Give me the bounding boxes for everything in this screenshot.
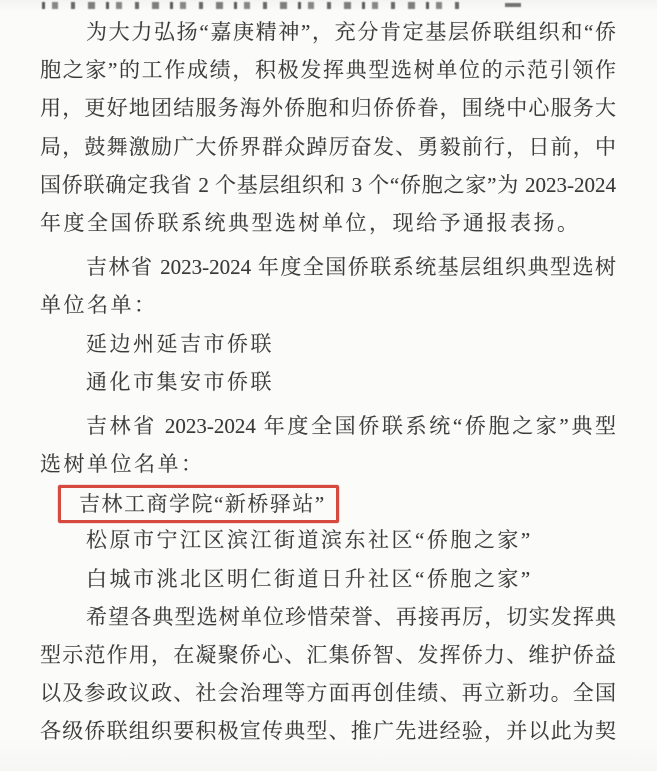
paragraph-line: 希望各典型选树单位珍惜荣誉、再接再厉，切实发挥典 — [40, 598, 616, 636]
highlighted-unit-text: 吉林工商学院“新桥驿站” — [79, 492, 326, 516]
paragraph-line: 型示范作用，在凝聚侨心、汇集侨智、发挥侨力、维护侨益 — [40, 636, 616, 674]
paragraph-line: 胞之家”的工作成绩，积极发挥典型选树单位的示范引领作 — [40, 51, 616, 89]
paragraph-line: 年度全国侨联系统典型选树单位，现给予通报表扬。 — [40, 204, 616, 242]
section-heading-line: 吉林省 2023-2024 年度全国侨联系统“侨胞之家”典型 — [40, 407, 616, 445]
paragraph-line: 为大力弘扬“嘉庚精神”，充分肯定基层侨联组织和“侨 — [40, 13, 616, 51]
section-heading-line: 选树单位名单： — [40, 445, 616, 483]
paragraph-line: 国侨联确定我省 2 个基层组织和 3 个“侨胞之家”为 2023-2024 — [40, 166, 616, 204]
paragraph-line: 各级侨联组织要积极宣传典型、推广先进经验，并以此为契 — [40, 712, 616, 750]
scanned-document-page: 为大力弘扬“嘉庚精神”，充分肯定基层侨联组织和“侨 胞之家”的工作成绩，积极发挥… — [0, 0, 657, 771]
paragraph-line: 以及参政议政、社会治理等方面再创佳绩、再立新功。全国 — [40, 674, 616, 712]
section-heading-line: 吉林省 2023-2024 年度全国侨联系统基层组织典型选树 — [40, 248, 616, 286]
section-heading-line: 单位名单： — [40, 286, 616, 324]
highlighted-unit-line: 吉林工商学院“新桥驿站” — [40, 483, 616, 521]
list-item-line: 白城市洮北区明仁街道日升社区“侨胞之家” — [40, 560, 616, 598]
highlight-box: 吉林工商学院“新桥驿站” — [58, 485, 339, 523]
list-item-line: 通化市集安市侨联 — [40, 363, 616, 401]
document-body: 为大力弘扬“嘉庚精神”，充分肯定基层侨联组织和“侨 胞之家”的工作成绩，积极发挥… — [0, 0, 657, 751]
list-item-line: 松原市宁江区滨江街道滨东社区“侨胞之家” — [40, 521, 616, 559]
paragraph-line: 用，更好地团结服务海外侨胞和归侨侨眷，围绕中心服务大 — [40, 89, 616, 127]
list-item-line: 延边州延吉市侨联 — [40, 325, 616, 363]
paragraph-line: 局，鼓舞激励广大侨界群众踔厉奋发、勇毅前行，日前，中 — [40, 128, 616, 166]
